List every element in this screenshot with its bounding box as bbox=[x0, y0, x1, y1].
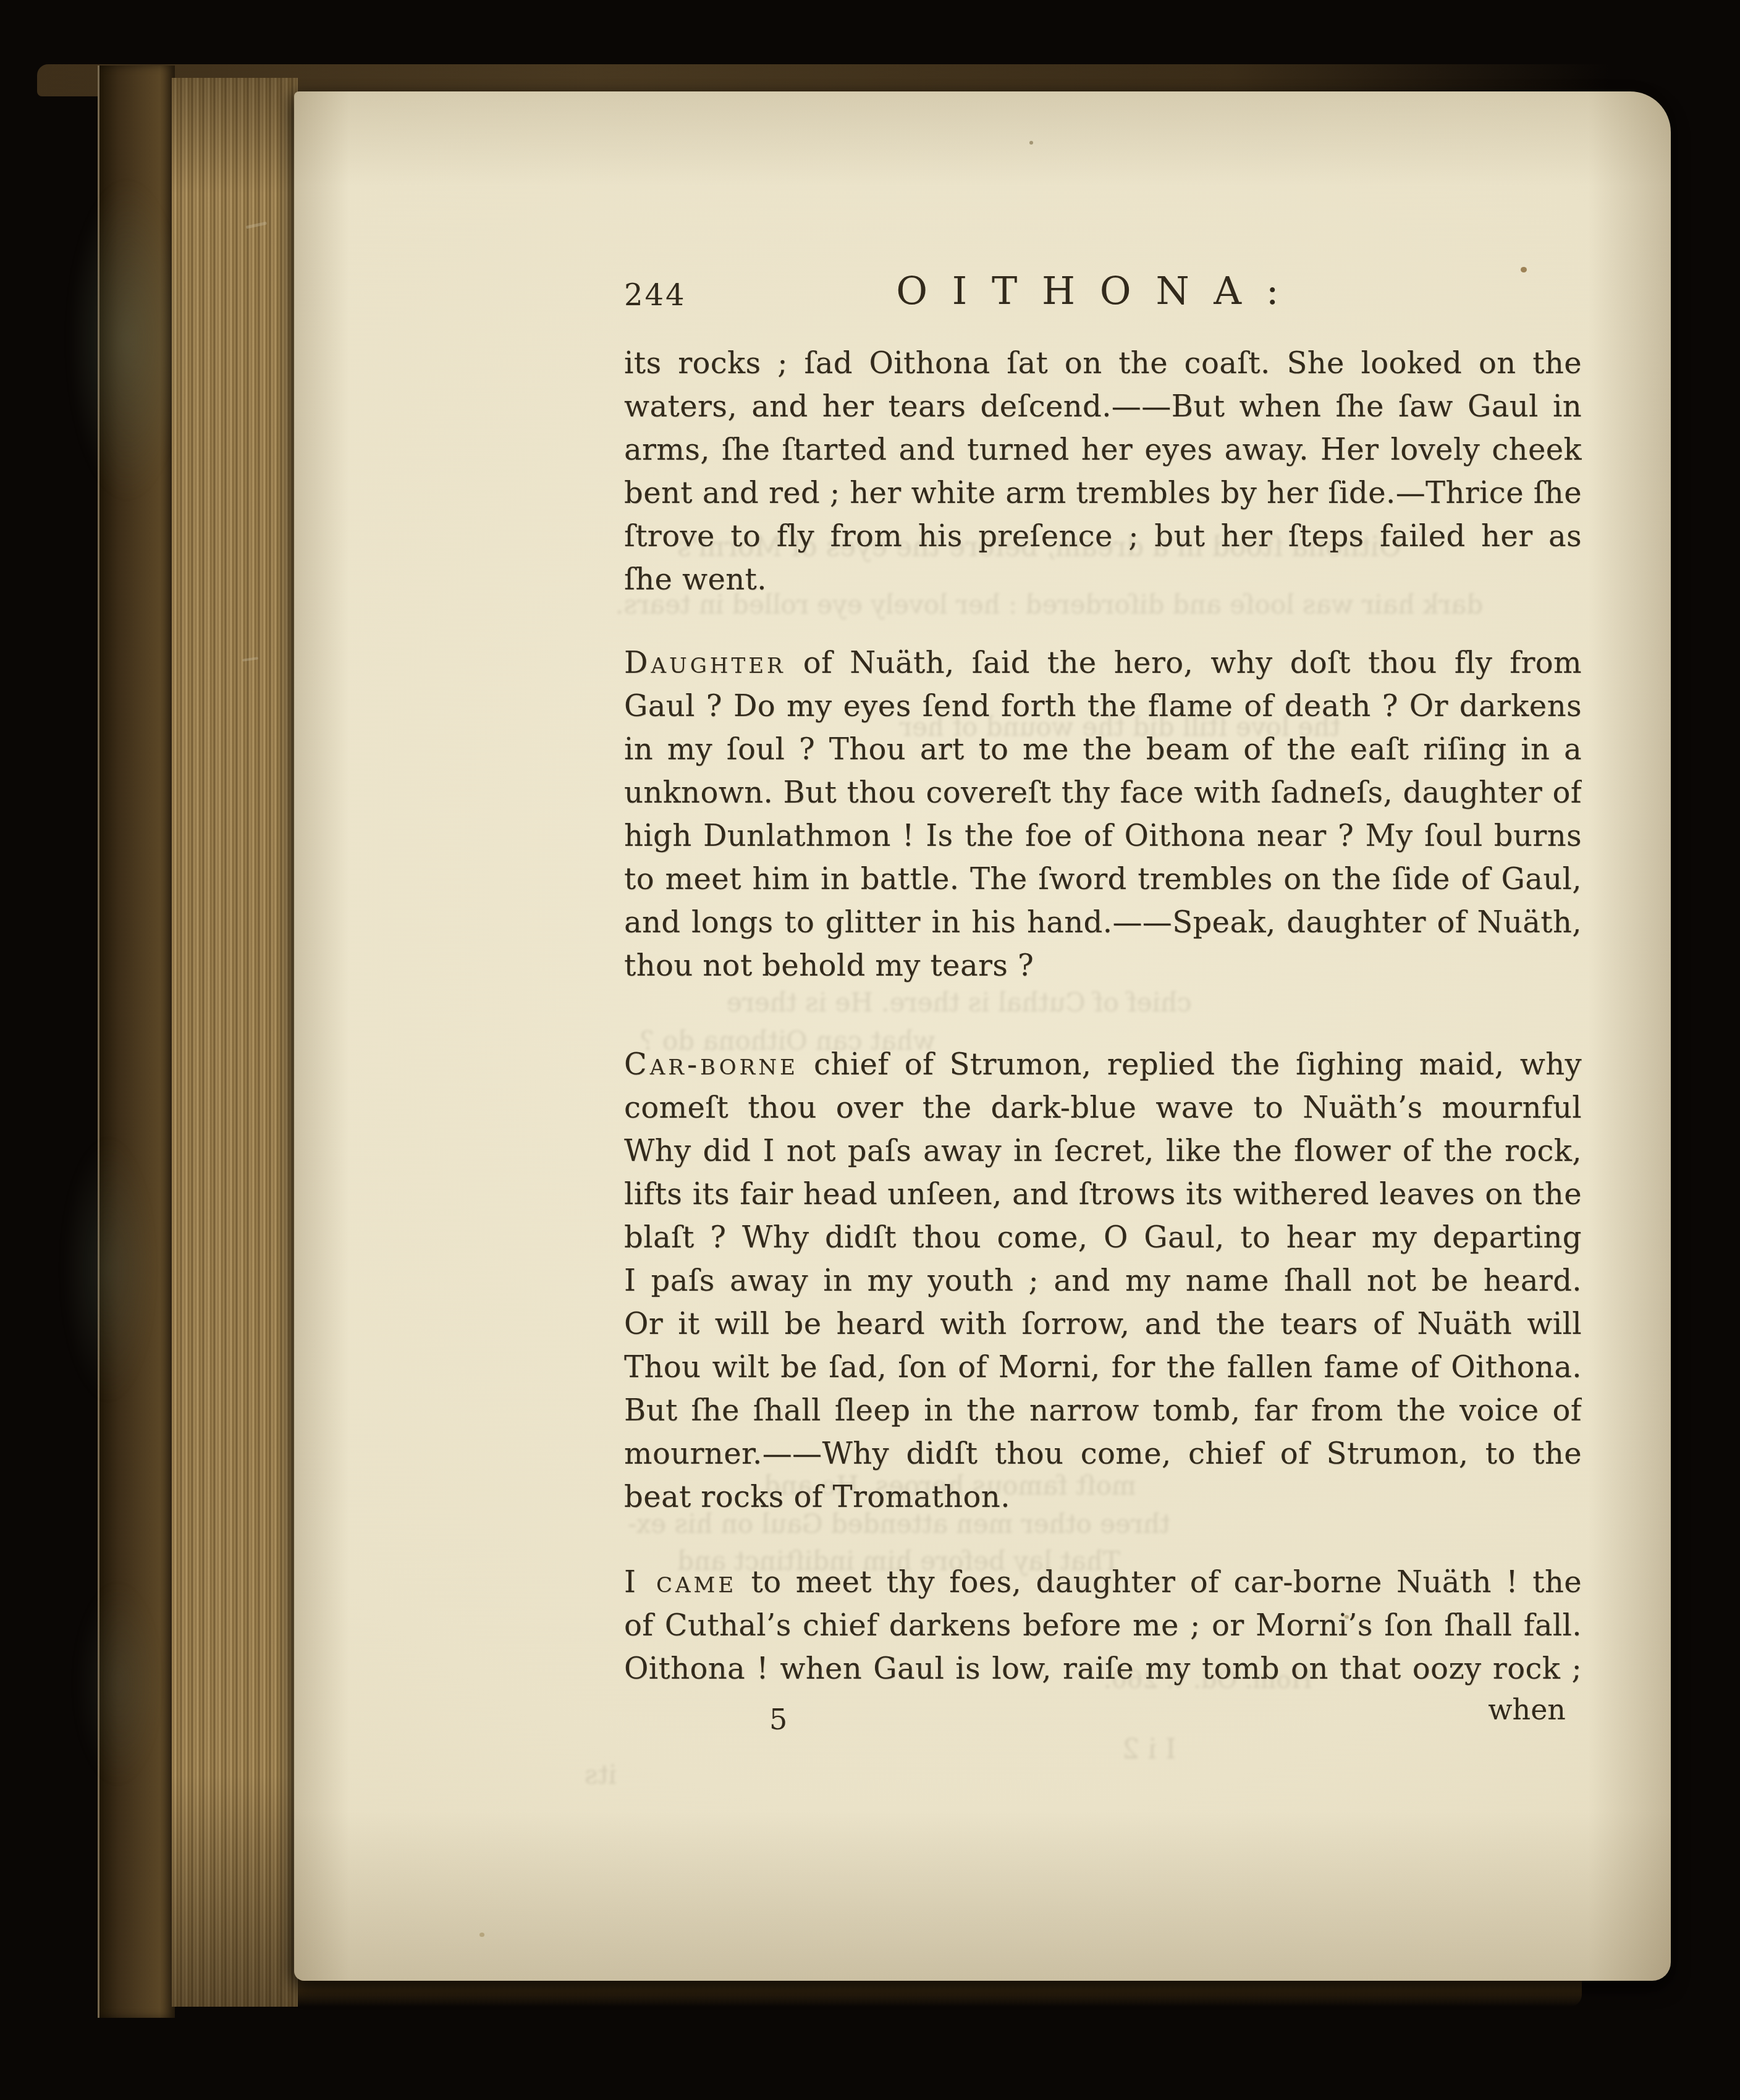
small-caps-lead: I came bbox=[624, 1565, 737, 1600]
text-line: I paſs away in my youth ; and my name ſh… bbox=[624, 1259, 1582, 1302]
text-line: in my ſoul ? Thou art to me the beam of … bbox=[624, 728, 1582, 771]
text-line: ſhe went. bbox=[624, 558, 1582, 601]
paragraph-2: Daughter of Nuäth, ſaid the hero, why do… bbox=[624, 641, 1582, 987]
text-line: to meet him in battle. The ſword tremble… bbox=[624, 858, 1582, 901]
text-line: I came to meet thy foes, daughter of car… bbox=[624, 1561, 1582, 1604]
text-line: Or it will be heard with ſorrow, and the… bbox=[624, 1302, 1582, 1346]
text-line: and longs to glitter in his hand.——Speak… bbox=[624, 901, 1582, 944]
scanned-book-photo: Oithona ſtood in a dream, before the eye… bbox=[0, 0, 1740, 2100]
text-line: arms, ſhe ſtarted and turned her eyes aw… bbox=[624, 428, 1582, 471]
page-footer: 5 when bbox=[624, 1693, 1582, 1742]
text-line: mourner.——Why didſt thou come, chief of … bbox=[624, 1432, 1582, 1475]
text-line: Oithona ! when Gaul is low, raiſe my tom… bbox=[624, 1647, 1582, 1690]
text-line: Car-borne chief of Strumon, replied the … bbox=[624, 1043, 1582, 1086]
text-line: Thou wilt be ſad, ſon of Morni, for the … bbox=[624, 1346, 1582, 1389]
text-line: comeſt thou over the dark-blue wave to N… bbox=[624, 1086, 1582, 1129]
text-line: waters, and her tears deſcend.——But when… bbox=[624, 385, 1582, 428]
text-line: unknown. But thou covereſt thy face with… bbox=[624, 771, 1582, 814]
text-line: of Cuthal’s chief darkens before me ; or… bbox=[624, 1604, 1582, 1647]
text-line-rest: of Nuäth, ſaid the hero, why doſt thou f… bbox=[786, 646, 1582, 680]
show-through-text: its bbox=[585, 1760, 617, 1790]
foxing-speck bbox=[1029, 141, 1033, 145]
running-title: O I T H O N A : bbox=[624, 268, 1557, 313]
text-line: Gaul ? Do my eyes ſend forth the flame o… bbox=[624, 685, 1582, 728]
text-line: bent and red ; her white arm trembles by… bbox=[624, 471, 1582, 515]
text-line: blaſt ? Why didſt thou come, O Gaul, to … bbox=[624, 1216, 1582, 1259]
text-line: lifts its fair head unſeen, and ſtrows i… bbox=[624, 1173, 1582, 1216]
text-line: its rocks ; ſad Oithona ſat on the coaſt… bbox=[624, 342, 1582, 385]
text-line: Why did I not paſs away in ſecret, like … bbox=[624, 1129, 1582, 1173]
page-header: 244 O I T H O N A : bbox=[624, 268, 1582, 318]
text-line: high Dunlathmon ! Is the foe of Oithona … bbox=[624, 814, 1582, 858]
small-caps-lead: Daughter bbox=[624, 646, 786, 680]
paragraph-3: Car-borne chief of Strumon, replied the … bbox=[624, 1043, 1582, 1519]
show-through-text: chief of Cuthal is there. He is there bbox=[727, 987, 1192, 1018]
book-fore-edge-pages bbox=[172, 78, 298, 2007]
paragraph-1: its rocks ; ſad Oithona ſat on the coaſt… bbox=[624, 342, 1582, 601]
text-line-rest: to meet thy foes, daughter of car-borne … bbox=[624, 1565, 1582, 1604]
text-line: Daughter of Nuäth, ſaid the hero, why do… bbox=[624, 641, 1582, 685]
text-line: But ſhe ſhall ſleep in the narrow tomb, … bbox=[624, 1389, 1582, 1432]
text-line: ſtrove to fly from his preſence ; but he… bbox=[624, 515, 1582, 558]
paragraph-4: I came to meet thy foes, daughter of car… bbox=[624, 1561, 1582, 1690]
text-line-rest: chief of Strumon, replied the ſighing ma… bbox=[798, 1047, 1582, 1082]
catchword: when bbox=[1488, 1693, 1566, 1726]
foxing-speck bbox=[479, 1933, 484, 1937]
book-page: Oithona ſtood in a dream, before the eye… bbox=[294, 91, 1671, 1981]
small-caps-lead: Car-borne bbox=[624, 1047, 798, 1082]
text-line: thou not behold my tears ? bbox=[624, 944, 1582, 987]
text-line: beat rocks of Tromathon. bbox=[624, 1475, 1582, 1519]
signature-mark: 5 bbox=[769, 1703, 787, 1736]
book-cover-spine-edge bbox=[98, 65, 175, 2018]
